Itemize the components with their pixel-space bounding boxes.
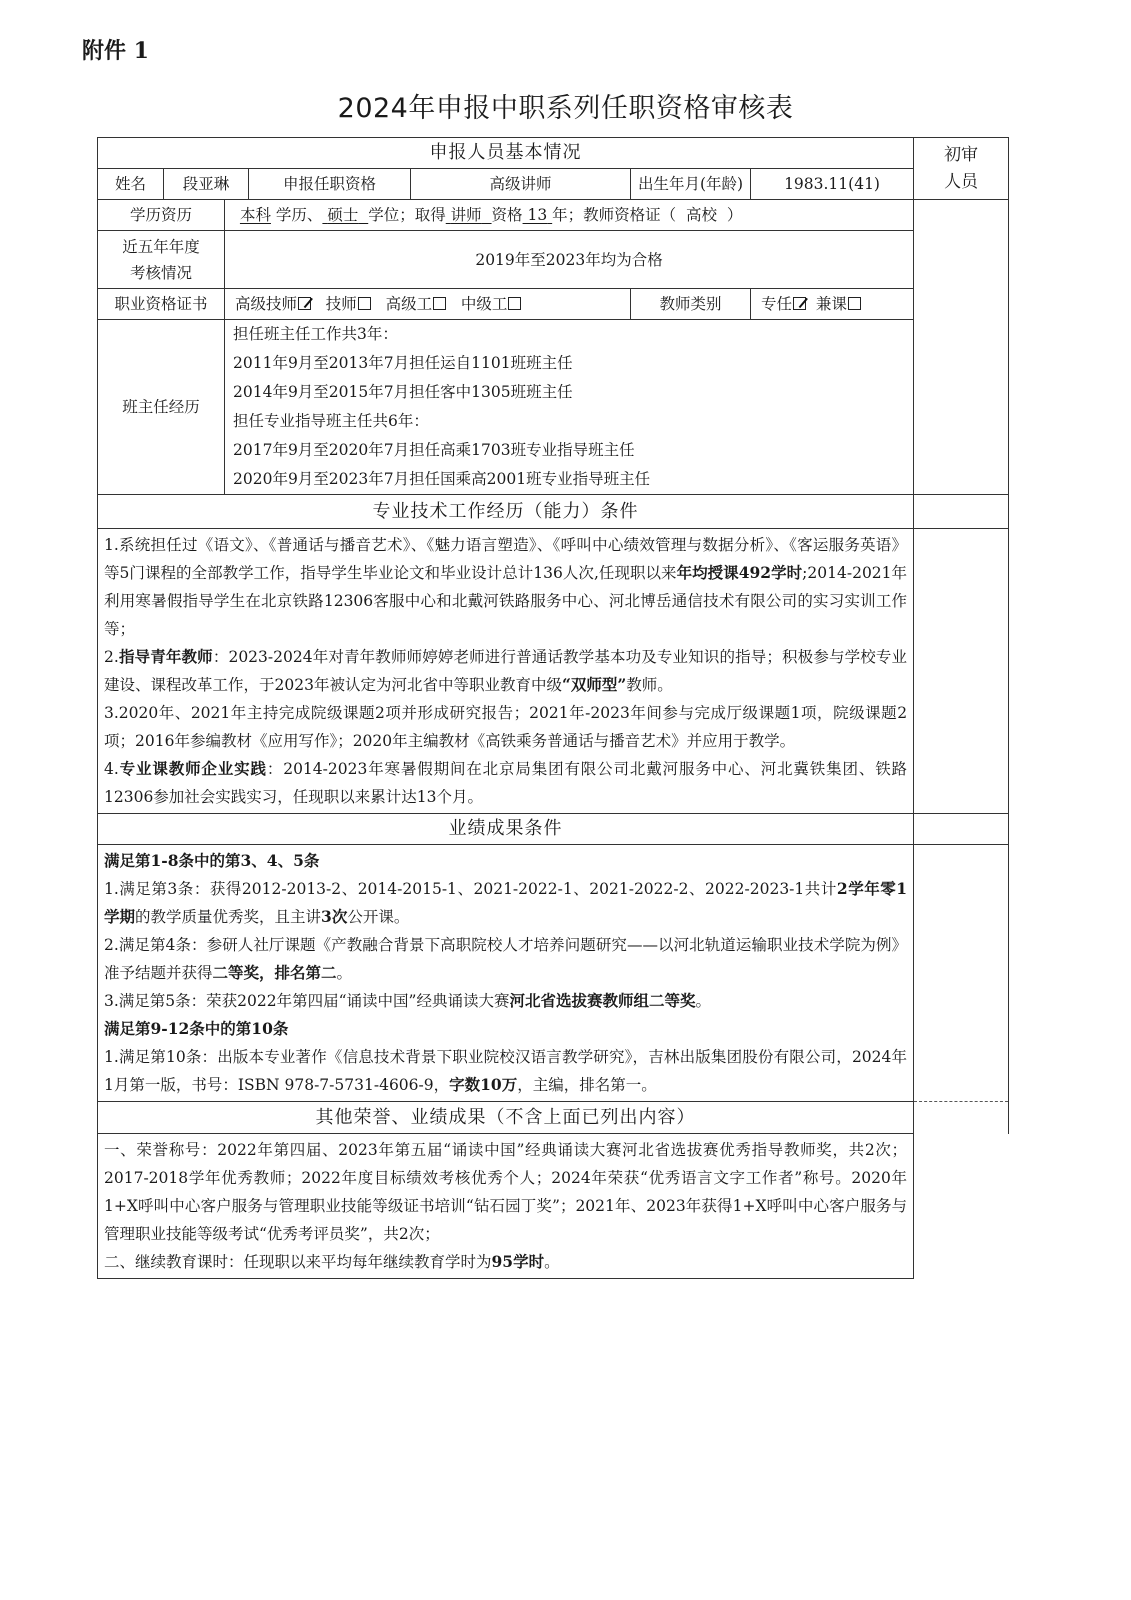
list-item: 1.系统担任过《语文》、《普通话与播音艺术》、《魅力语言塑造》、《呼叫中心绩效管… (104, 531, 907, 643)
review-form-table: 申报人员基本情况 初审 人员 姓名 段亚琳 申报任职资格 高级讲师 出生年月(年… (97, 137, 1009, 1279)
initial-reviewer-header: 初审 人员 (914, 138, 1009, 200)
checkbox-empty-icon[interactable] (848, 297, 861, 310)
teacher-type-options: 专任 兼课 (751, 289, 914, 320)
initial-reviewer-cell (914, 495, 1009, 529)
head-teacher-label: 班主任经历 (98, 320, 225, 495)
other-honors-content: 一、荣誉称号：2022年第四届、2023年第五届“诵读中国”经典诵读大赛河北省选… (98, 1134, 914, 1279)
list-item: 2020年9月至2023年7月担任国乘高2001班专业指导班主任 (233, 465, 907, 494)
list-item: 担任班主任工作共3年： (233, 320, 907, 349)
option-senior-technician[interactable]: 高级技师 (235, 295, 311, 313)
checkbox-empty-icon[interactable] (433, 297, 446, 310)
group-heading: 满足第1-8条中的第3、4、5条 (104, 847, 907, 875)
list-item: 2.指导青年教师：2023-2024年对青年教师师婷婷老师进行普通话教学基本功及… (104, 643, 907, 699)
section-other-honors-title: 其他荣誉、业绩成果（不含上面已列出内容） (98, 1102, 914, 1134)
section-professional-title: 专业技术工作经历（能力）条件 (98, 495, 914, 529)
list-item: 3.满足第5条：荣获2022年第四届“诵读中国”经典诵读大赛河北省选拔赛教师组二… (104, 987, 907, 1015)
option-senior-worker[interactable]: 高级工 (386, 295, 447, 313)
option-intermediate-worker[interactable]: 中级工 (461, 295, 522, 313)
birth-value: 1983.11(41) (751, 169, 914, 200)
vocational-cert-options: 高级技师 技师 高级工 中级工 (225, 289, 631, 320)
vocational-cert-label: 职业资格证书 (98, 289, 225, 320)
list-item: 1.满足第3条：获得2012-2013-2、2014-2015-1、2021-2… (104, 875, 907, 931)
section-achievement-title: 业绩成果条件 (98, 814, 914, 845)
achievement-content: 满足第1-8条中的第3、4、5条 1.满足第3条：获得2012-2013-2、2… (98, 845, 914, 1102)
checkbox-checked-icon[interactable] (298, 297, 311, 310)
birth-label: 出生年月(年龄) (631, 169, 751, 200)
option-full-time[interactable]: 专任 (761, 295, 806, 313)
checkbox-empty-icon[interactable] (358, 297, 371, 310)
list-item: 担任专业指导班主任共6年： (233, 407, 907, 436)
education-value: 本科 学历、 硕士 学位；取得 讲师 资格 13 年；教师资格证（ 高校 ） (225, 200, 914, 231)
list-item: 一、荣誉称号：2022年第四届、2023年第五届“诵读中国”经典诵读大赛河北省选… (104, 1136, 907, 1248)
professional-content: 1.系统担任过《语文》、《普通话与播音艺术》、《魅力语言塑造》、《呼叫中心绩效管… (98, 529, 914, 814)
qualification-label: 申报任职资格 (249, 169, 411, 200)
name-label: 姓名 (98, 169, 164, 200)
list-item: 2017年9月至2020年7月担任高乘1703班专业指导班主任 (233, 436, 907, 465)
initial-reviewer-cell (914, 529, 1009, 814)
checkbox-checked-icon[interactable] (793, 297, 806, 310)
teacher-type-label: 教师类别 (631, 289, 751, 320)
initial-reviewer-cell (914, 845, 1009, 1102)
section-basic-info-title: 申报人员基本情况 (98, 138, 914, 169)
group-heading: 满足第9-12条中的第10条 (104, 1015, 907, 1043)
initial-reviewer-cell (914, 814, 1009, 845)
list-item: 2.满足第4条：参研人社厅课题《产教融合背景下高职院校人才培养问题研究——以河北… (104, 931, 907, 987)
list-item: 2014年9月至2015年7月担任客中1305班班主任 (233, 378, 907, 407)
head-teacher-experience: 担任班主任工作共3年： 2011年9月至2013年7月担任运自1101班班主任 … (225, 320, 914, 495)
name-value: 段亚琳 (164, 169, 249, 200)
list-item: 二、继续教育课时：任现职以来平均每年继续教育学时为95学时。 (104, 1248, 907, 1276)
assessment-value: 2019年至2023年均为合格 (225, 231, 914, 289)
assessment-label: 近五年年度 考核情况 (98, 231, 225, 289)
initial-reviewer-cell (914, 1134, 1009, 1279)
qualification-value: 高级讲师 (411, 169, 631, 200)
attachment-label: 附件 1 (82, 34, 149, 65)
initial-reviewer-cell-basic (914, 200, 1009, 495)
checkbox-empty-icon[interactable] (508, 297, 521, 310)
list-item: 4.专业课教师企业实践：2014-2023年寒暑假期间在北京局集团有限公司北戴河… (104, 755, 907, 811)
page-title: 2024年申报中职系列任职资格审核表 (0, 86, 1131, 125)
initial-reviewer-cell (914, 1102, 1009, 1134)
option-part-time[interactable]: 兼课 (816, 295, 861, 313)
list-item: 3.2020年、2021年主持完成院级课题2项并形成研究报告；2021年-202… (104, 699, 907, 755)
list-item: 2011年9月至2013年7月担任运自1101班班主任 (233, 349, 907, 378)
list-item: 1.满足第10条：出版本专业著作《信息技术背景下职业院校汉语言教学研究》，吉林出… (104, 1043, 907, 1099)
education-label: 学历资历 (98, 200, 225, 231)
option-technician[interactable]: 技师 (326, 295, 371, 313)
